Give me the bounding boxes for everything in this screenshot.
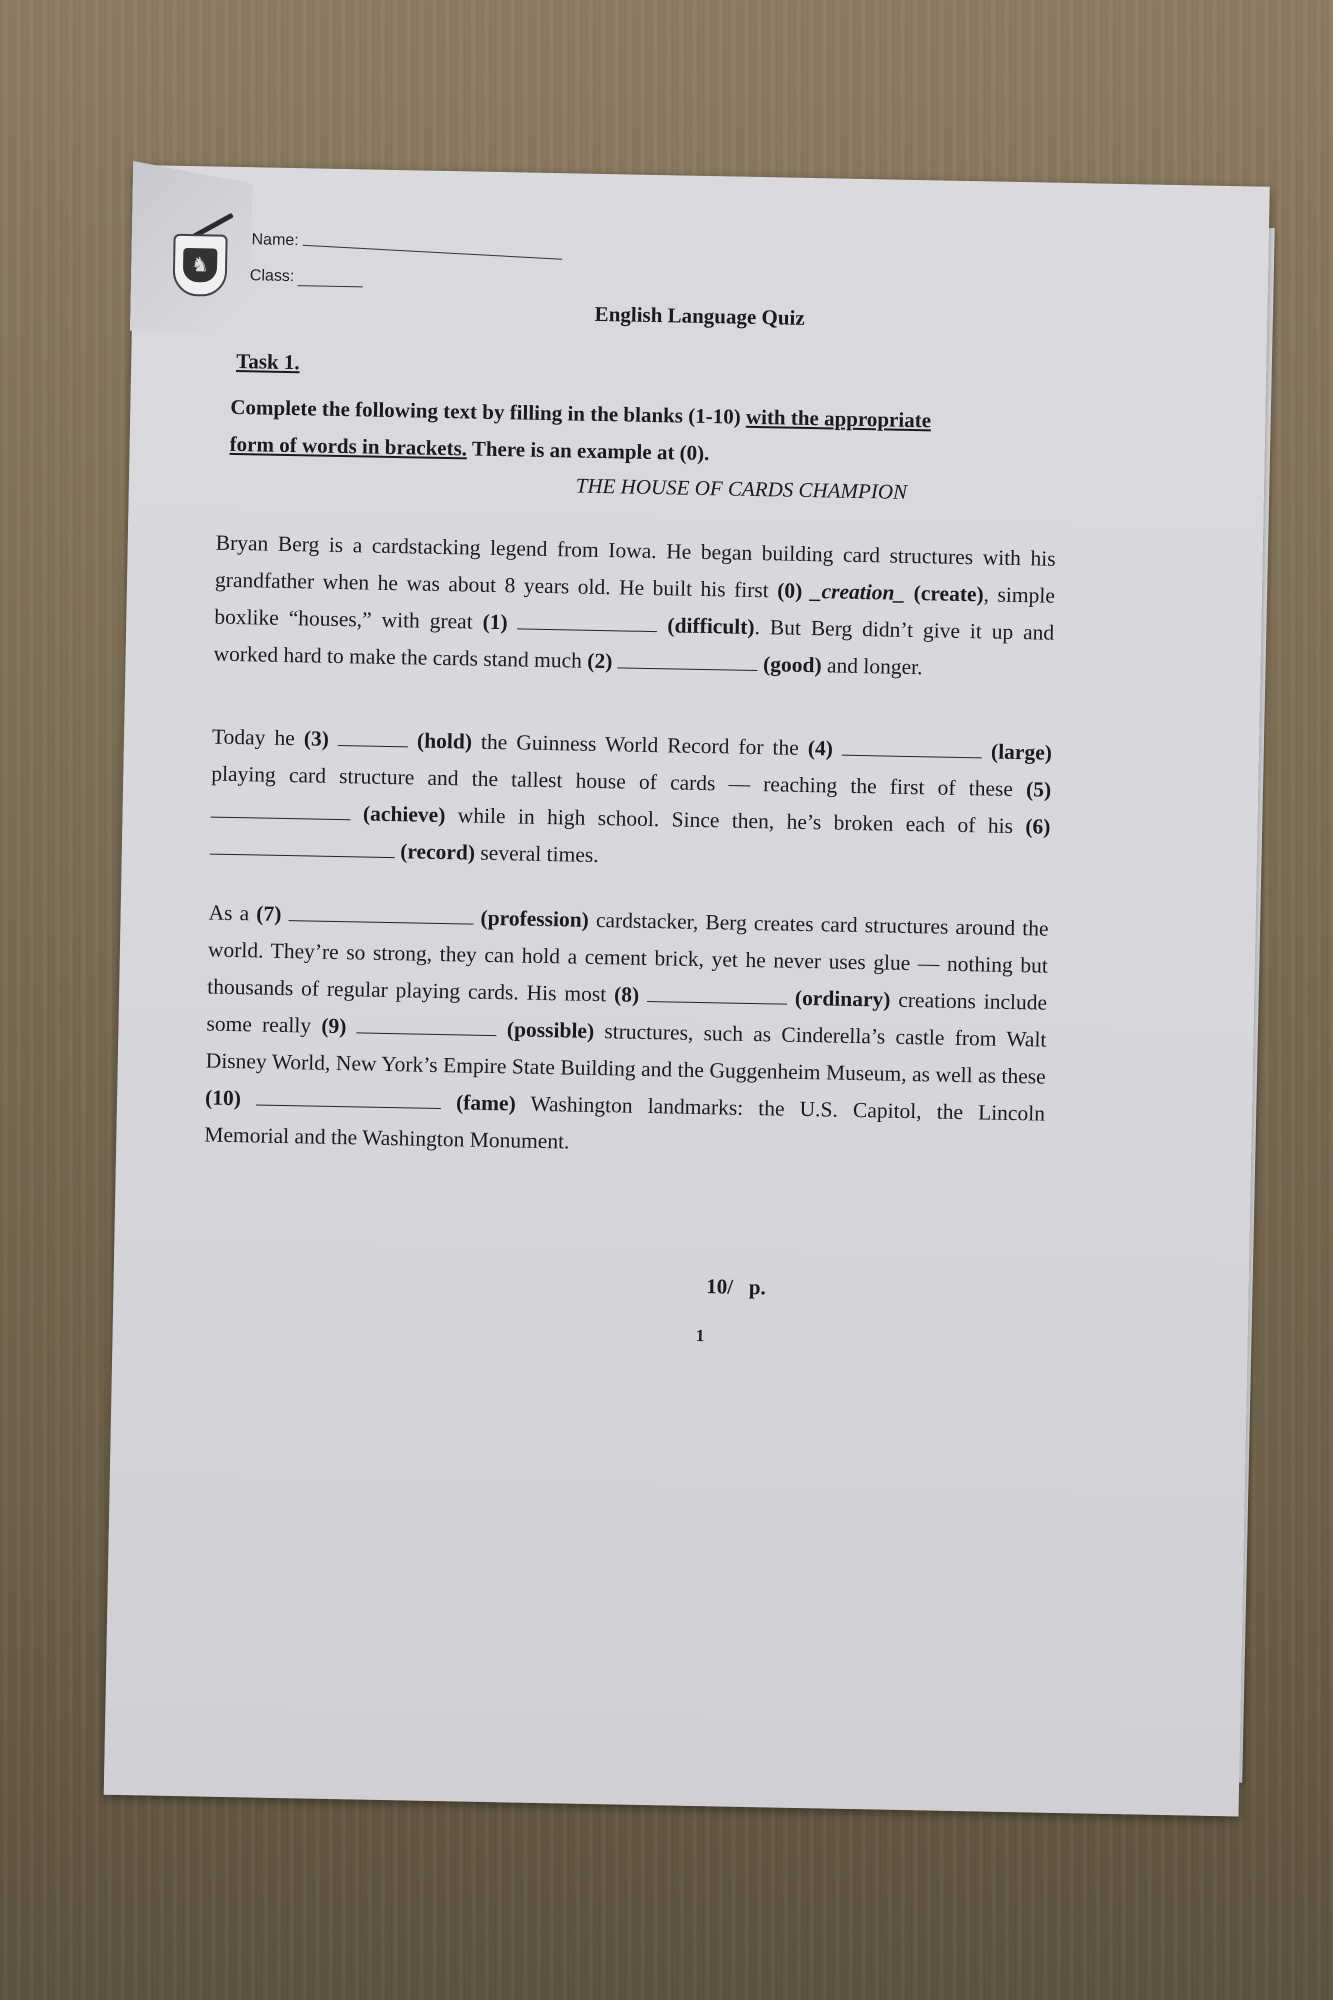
blank-6[interactable] <box>210 853 395 859</box>
item-number-6: (6) <box>1025 814 1051 838</box>
root-word-7: (profession) <box>480 906 589 932</box>
text: while in high school. Since then, he’s b… <box>445 803 1025 838</box>
root-word-4: (large) <box>991 740 1052 765</box>
item-number-10: (10) <box>205 1086 241 1111</box>
item-number-8: (8) <box>614 982 640 1006</box>
task-instructions: Complete the following text by filling i… <box>229 389 950 477</box>
root-word-9: (possible) <box>507 1017 595 1043</box>
root-word-6: (record) <box>400 839 475 864</box>
text: playing card structure and the tallest h… <box>211 762 1026 802</box>
blank-8[interactable] <box>647 1000 787 1005</box>
item-number-1: (1) <box>482 610 508 634</box>
text: and longer. <box>821 653 922 679</box>
item-number-0: (0) <box>777 578 803 602</box>
class-label: Class: <box>250 267 295 285</box>
instruction-text-end: There is an example at (0). <box>467 436 710 465</box>
score-box: 10/ p. <box>113 1263 1248 1310</box>
class-field: Class: <box>250 267 364 287</box>
blank-2[interactable] <box>618 666 758 671</box>
blank-7[interactable] <box>288 919 473 925</box>
root-word-3: (hold) <box>417 729 472 754</box>
blank-5[interactable] <box>210 816 350 821</box>
text: the Guinness World Record for the <box>472 730 808 760</box>
class-input-line[interactable] <box>298 285 363 287</box>
example-answer: _creation_ <box>811 579 906 605</box>
text: Washington landmarks: the U.S. Capitol, … <box>204 1091 1045 1153</box>
name-input-line[interactable] <box>303 245 563 260</box>
instruction-text: Complete the following text by filling i… <box>230 395 746 429</box>
item-number-7: (7) <box>256 901 282 925</box>
blank-4[interactable] <box>842 754 982 759</box>
root-word-1: (difficult) <box>667 613 755 639</box>
root-word-10: (fame) <box>456 1090 516 1115</box>
root-word-2: (good) <box>763 652 822 677</box>
text: Today he <box>212 725 304 751</box>
blank-10[interactable] <box>256 1103 441 1109</box>
root-word-5: (achieve) <box>363 801 446 827</box>
lion-emblem-icon: ♞ <box>183 248 218 283</box>
text: several times. <box>475 841 599 867</box>
root-word-0: (create) <box>913 581 983 606</box>
story-title: THE HOUSE OF CARDS CHAMPION <box>129 465 1264 512</box>
item-number-3: (3) <box>304 726 330 750</box>
item-number-9: (9) <box>321 1014 347 1038</box>
paragraph-3: As a (7) (profession) cardstacker, Berg … <box>204 895 1049 1170</box>
blank-9[interactable] <box>357 1031 497 1036</box>
blank-1[interactable] <box>517 627 657 632</box>
name-label: Name: <box>251 231 298 249</box>
quiz-title: English Language Quiz <box>132 293 1267 340</box>
school-crest-icon: ♞ <box>172 234 227 297</box>
item-number-2: (2) <box>587 649 613 673</box>
blank-3[interactable] <box>338 744 408 747</box>
item-number-5: (5) <box>1026 777 1052 801</box>
page-number: 1 <box>113 1315 1248 1357</box>
name-field: Name: <box>251 231 562 255</box>
paragraph-1: Bryan Berg is a cardstacking legend from… <box>213 525 1056 689</box>
quiz-page: ♞ Name: Class: English Language Quiz Tas… <box>104 165 1270 1816</box>
paragraph-2: Today he (3) (hold) the Guinness World R… <box>210 719 1053 883</box>
text: As a <box>208 901 256 926</box>
task-heading: Task 1. <box>236 349 300 375</box>
root-word-8: (ordinary) <box>795 986 891 1012</box>
item-number-4: (4) <box>808 736 834 760</box>
